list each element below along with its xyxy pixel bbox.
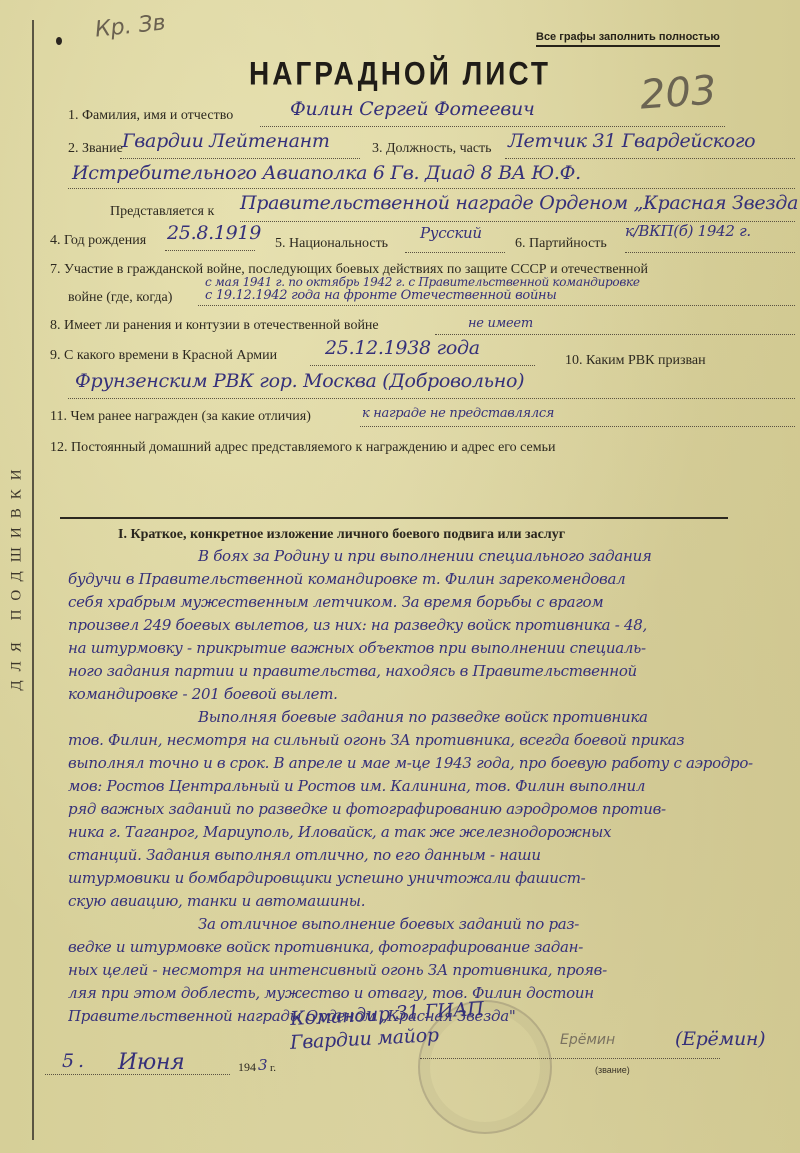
field-prior-awards-label: 11. Чем ранее награжден (за какие отличи… <box>50 409 311 425</box>
signature-line <box>420 1058 720 1059</box>
feat-line: В боях за Родину и при выполнении специа… <box>68 545 798 568</box>
field-name-value: Филин Сергей Фотеевич <box>290 98 535 120</box>
feat-line: ника г. Таганрог, Мариуполь, Иловайск, а… <box>68 821 798 844</box>
date-year-printed: 194 <box>238 1060 256 1075</box>
instruction-note: Все графы заполнить полностью <box>536 31 720 47</box>
side-label-text: ДЛЯ ПОДШИВКИ <box>9 460 26 690</box>
rank-caption: (звание) <box>595 1065 630 1075</box>
feat-line: произвел 249 боевых вылетов, из них: на … <box>68 614 798 637</box>
field-position-label: 3. Должность, часть <box>372 141 492 157</box>
field-nationality-line <box>405 252 505 253</box>
field-party-label: 6. Партийность <box>515 236 607 252</box>
field-prior-awards-value: к награде не представлялся <box>362 406 554 421</box>
field-rvk-line <box>68 398 795 399</box>
field-party-line <box>625 252 795 253</box>
field-wounds-value: не имеет <box>468 316 533 331</box>
feat-line: себя храбрым мужественным летчиком. За в… <box>68 591 798 614</box>
field-army-since-label: 9. С какого времени в Красной Армии <box>50 348 277 364</box>
feat-line: Выполняя боевые задания по разведке войс… <box>68 706 798 729</box>
feat-line: выполнял точно и в срок. В апреле и мае … <box>68 752 798 775</box>
field-war-participation-value-2: с 19.12.1942 года на фронте Отечественно… <box>205 288 557 303</box>
feat-line: тов. Филин, несмотря на сильный огонь ЗА… <box>68 729 798 752</box>
date-day: 5 <box>62 1050 74 1072</box>
field-war-participation-line <box>198 305 795 306</box>
field-birth-year-value: 25.8.1919 <box>167 222 261 244</box>
section-divider <box>60 517 728 519</box>
feat-line: штурмовики и бомбардировщики успешно уни… <box>68 867 798 890</box>
represented-label: Представляется к <box>110 204 214 220</box>
field-wounds-line <box>435 334 795 335</box>
field-nationality-label: 5. Национальность <box>275 236 388 252</box>
feat-line: ного задания партии и правительства, нах… <box>68 660 798 683</box>
field-position-line <box>505 158 795 159</box>
feat-line: ведке и штурмовке войск противника, фото… <box>68 936 798 959</box>
field-war-participation-label-2: войне (где, когда) <box>68 290 172 306</box>
represented-value: Правительственной награде Орденом „Красн… <box>240 192 800 214</box>
date-year-hand: 3 <box>258 1056 267 1074</box>
field-rvk-value: Фрунзенским РВК гор. Москва (Добровольно… <box>75 370 524 392</box>
feat-line: ряд важных заданий по разведке и фотогра… <box>68 798 798 821</box>
field-nationality-value: Русский <box>420 224 482 242</box>
date-separator: . <box>78 1050 84 1072</box>
feat-line: станций. Задания выполнял отлично, по ег… <box>68 844 798 867</box>
field-rank-value: Гвардии Лейтенант <box>122 130 330 152</box>
feat-line: скую авиацию, танки и автомашины. <box>68 890 798 913</box>
feat-line: будучи в Правительственной командировке … <box>68 568 798 591</box>
field-army-since-value: 25.12.1938 года <box>325 337 480 359</box>
field-rank-line <box>120 158 360 159</box>
field-party-value: к/ВКП(б) 1942 г. <box>625 222 751 240</box>
field-rvk-label: 10. Каким РВК призван <box>565 353 706 369</box>
field-birth-year-line <box>165 250 255 251</box>
feat-line: мов: Ростов Центральный и Ростов им. Кал… <box>68 775 798 798</box>
field-name-line <box>260 126 725 127</box>
date-suffix: г. <box>270 1062 276 1074</box>
date-month: Июня <box>118 1050 184 1075</box>
feat-line: командировке - 201 боевой вылет. <box>68 683 798 706</box>
field-name-label: 1. Фамилия, имя и отчество <box>68 108 233 124</box>
feat-section-heading: I. Краткое, конкретное изложение личного… <box>118 527 565 543</box>
binding-margin-line <box>32 20 34 1140</box>
feat-description: В боях за Родину и при выполнении специа… <box>68 545 798 1028</box>
ink-dot <box>56 37 62 45</box>
field-wounds-label: 8. Имеет ли ранения и контузии в отечест… <box>50 318 379 334</box>
feat-line: ных целей - несмотря на интенсивный огон… <box>68 959 798 982</box>
signature-scribble: Ерёмин <box>560 1032 615 1048</box>
signer-name: (Ерёмин) <box>675 1028 765 1050</box>
field-position-value-2: Истребительного Авиаполка 6 Гв. Диад 8 В… <box>72 162 581 184</box>
field-address-label: 12. Постоянный домашний адрес представля… <box>50 440 556 456</box>
field-position-value: Летчик 31 Гвардейского <box>508 130 755 152</box>
pencil-number: 203 <box>638 67 717 118</box>
field-birth-year-label: 4. Год рождения <box>50 233 146 249</box>
field-position-line-2 <box>68 188 795 189</box>
feat-line: на штурмовку - прикрытие важных объектов… <box>68 637 798 660</box>
field-rank-label: 2. Звание <box>68 141 123 157</box>
feat-line: За отличное выполнение боевых заданий по… <box>68 913 798 936</box>
field-army-since-line <box>310 365 535 366</box>
field-war-participation-value-1: с мая 1941 г. по октябрь 1942 г. с Прави… <box>205 275 640 289</box>
field-prior-awards-line <box>360 426 795 427</box>
binding-margin-label: ДЛЯ ПОДШИВКИ <box>4 415 30 735</box>
